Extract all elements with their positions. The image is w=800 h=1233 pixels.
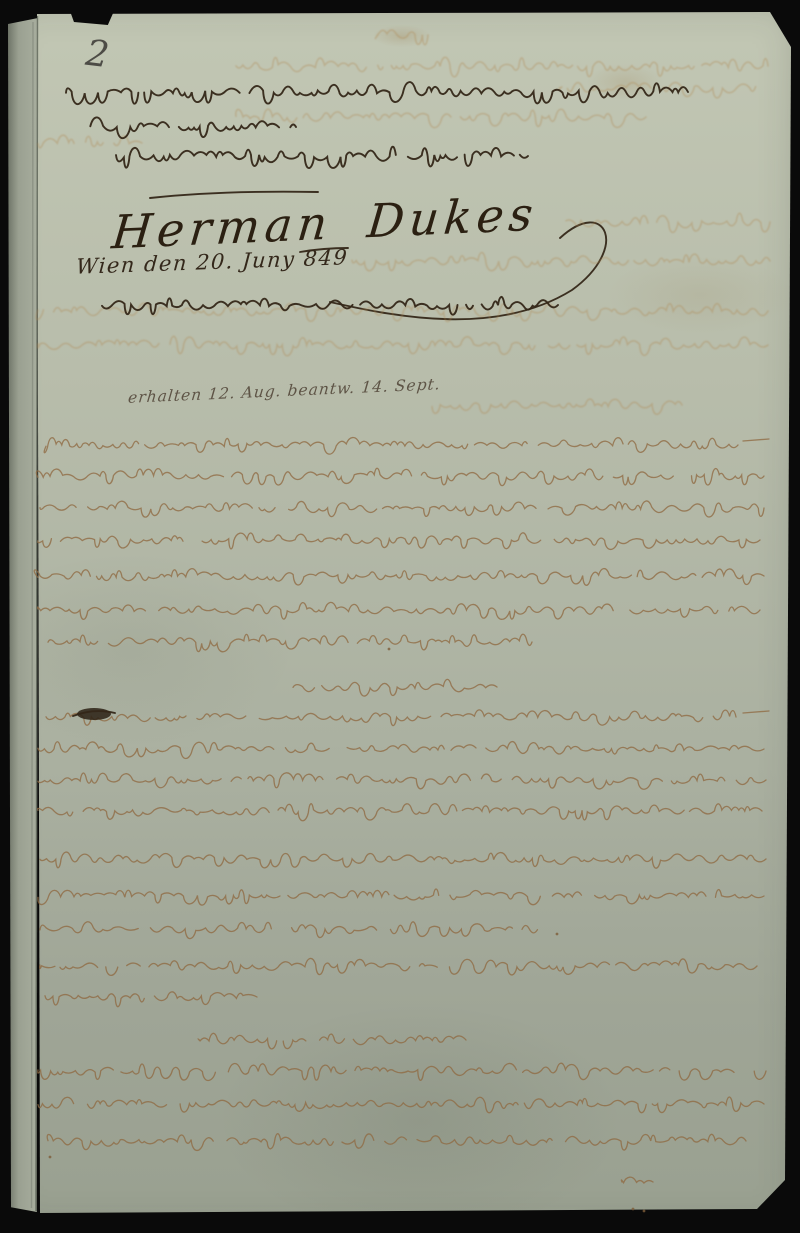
bleed-through-line bbox=[36, 303, 768, 321]
manuscript-line bbox=[48, 634, 532, 652]
ink-dot bbox=[49, 1156, 52, 1159]
manuscript-line bbox=[40, 958, 757, 975]
manuscript-line bbox=[293, 679, 497, 696]
manuscript-line bbox=[40, 852, 766, 868]
letter-scan: 2 Herman Dukes Wien den 20. Juny 849 erh… bbox=[0, 0, 800, 1233]
ink-dot bbox=[643, 1210, 646, 1213]
manuscript-line bbox=[38, 1097, 764, 1113]
manuscript-line-dark bbox=[102, 297, 558, 315]
manuscript-line bbox=[40, 501, 764, 517]
manuscript-line bbox=[198, 1033, 466, 1049]
manuscript-line-dark bbox=[116, 147, 528, 168]
manuscript-line bbox=[38, 533, 760, 550]
manuscript-line bbox=[34, 569, 764, 586]
ink-dot bbox=[388, 648, 391, 651]
manuscript-line bbox=[46, 710, 736, 726]
bleed-through-line bbox=[352, 252, 770, 270]
dash-mark bbox=[743, 439, 769, 441]
manuscript-line bbox=[44, 438, 738, 455]
bleed-through-line bbox=[38, 336, 768, 355]
ink-dot bbox=[556, 933, 559, 936]
manuscript-line bbox=[38, 889, 764, 905]
manuscript-line-dark bbox=[88, 117, 296, 138]
manuscript-line bbox=[38, 804, 762, 821]
fold-crease-faint bbox=[32, 22, 34, 1208]
dash-mark bbox=[743, 711, 769, 713]
bleed-through-line bbox=[432, 399, 682, 414]
bleed-through-line bbox=[236, 109, 646, 127]
ink-dot bbox=[632, 1208, 635, 1211]
manuscript-line bbox=[38, 773, 766, 789]
manuscript-line bbox=[45, 992, 257, 1007]
fold-crease bbox=[36, 16, 38, 1211]
manuscript-line-dark bbox=[66, 82, 688, 104]
handwriting-layer bbox=[0, 0, 800, 1233]
manuscript-line bbox=[38, 742, 764, 759]
manuscript-line bbox=[47, 1134, 746, 1151]
manuscript-line bbox=[36, 468, 764, 485]
manuscript-line bbox=[621, 1177, 653, 1183]
bleed-through-line bbox=[236, 57, 768, 76]
manuscript-line bbox=[40, 922, 537, 939]
manuscript-line bbox=[38, 1063, 766, 1080]
page-number: 2 bbox=[84, 33, 112, 76]
bleed-through-line bbox=[375, 30, 428, 45]
manuscript-line bbox=[38, 602, 760, 619]
